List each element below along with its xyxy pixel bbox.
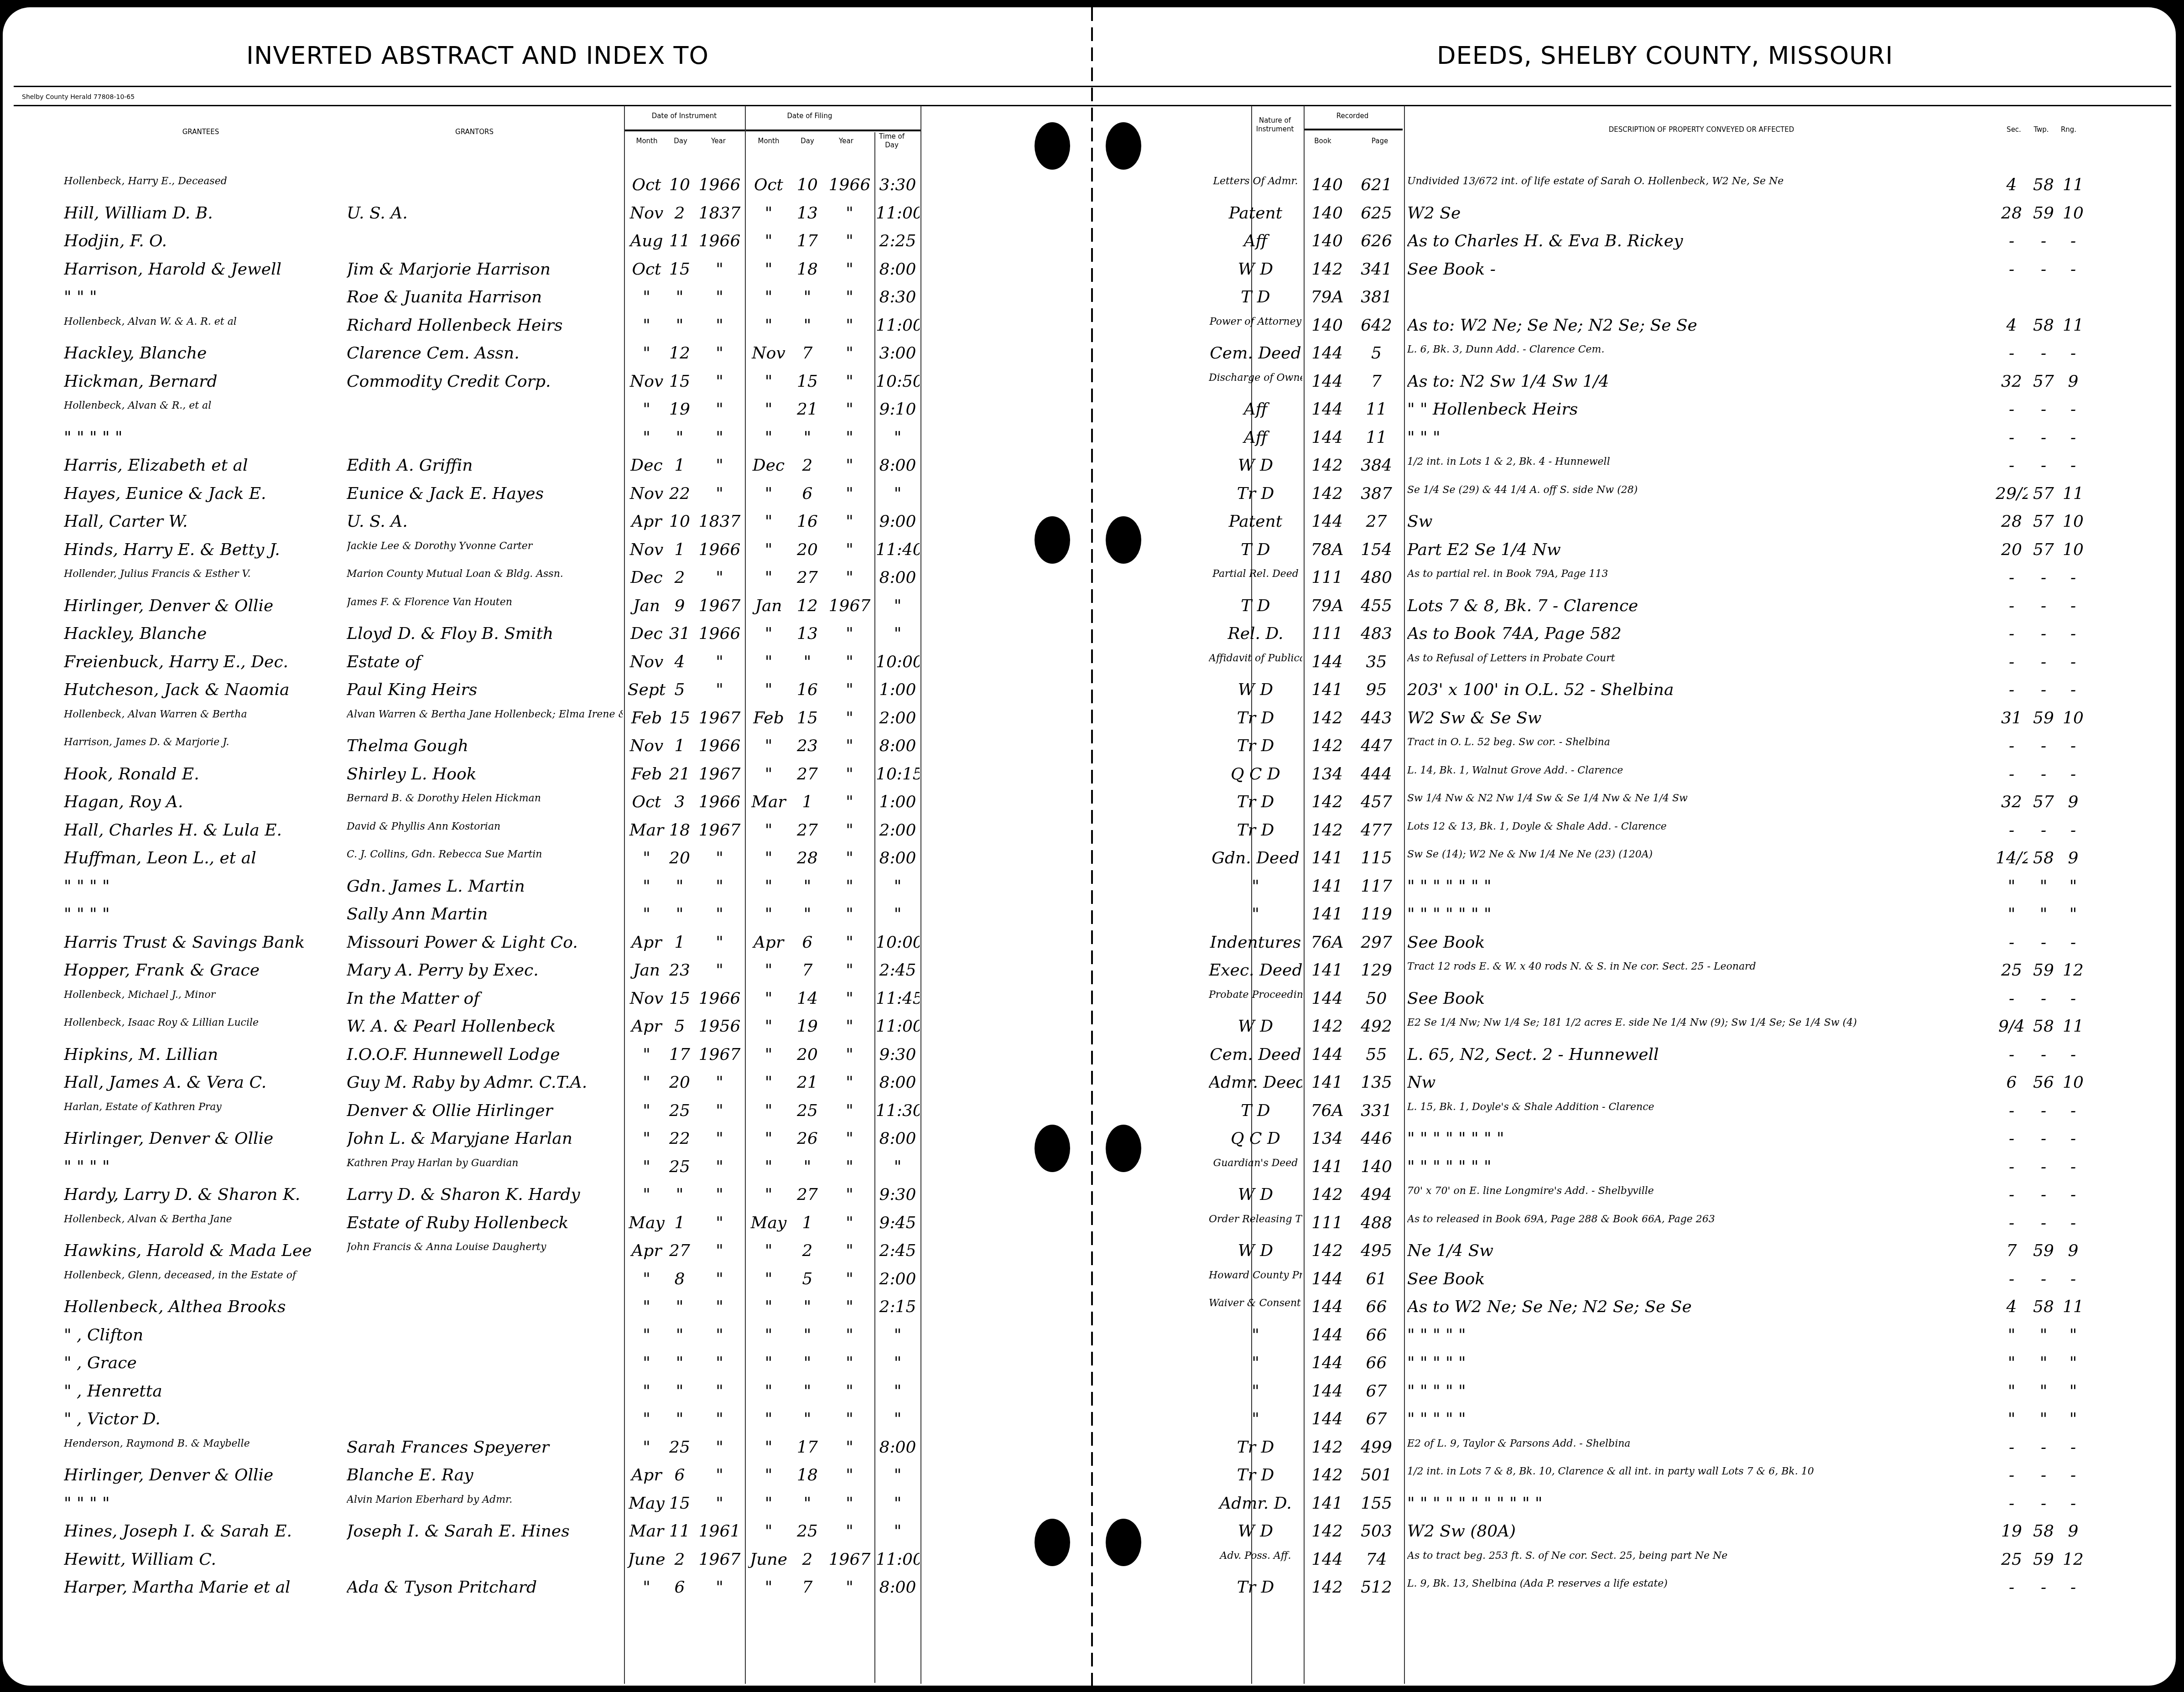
nature-of-instrument-cell: Partial Rel. Deed <box>1209 568 1302 580</box>
book-cell: 142 <box>1305 821 1349 840</box>
grantee-cell: Harper, Martha Marie et al <box>64 1578 338 1597</box>
grantee-cell: Hinds, Harry E. & Betty J. <box>64 540 338 559</box>
nature-of-instrument-cell: W D <box>1209 1522 1302 1541</box>
book-cell: 76A <box>1305 1101 1349 1120</box>
page-cell: 115 <box>1350 849 1403 867</box>
grantee-cell: Hollenbeck, Althea Brooks <box>64 1298 338 1316</box>
top-rule <box>14 86 2171 87</box>
book-cell: 142 <box>1305 1185 1349 1204</box>
grantor-cell: Richard Hollenbeck Heirs <box>347 316 623 335</box>
filing-year-cell: " <box>826 1522 874 1541</box>
rng-cell: - <box>2059 1101 2087 1120</box>
time-of-day-cell: " <box>876 1410 920 1428</box>
instrument-month-cell: " <box>627 1073 666 1092</box>
instrument-day-cell: 15 <box>666 1494 693 1513</box>
description-cell: " " " <box>1407 428 1996 447</box>
page-cell: 626 <box>1350 232 1403 250</box>
filing-year-cell: " <box>826 989 874 1008</box>
page-cell: 621 <box>1350 176 1403 194</box>
sec-cell: 6 <box>1996 1073 2028 1092</box>
instrument-day-cell: 5 <box>666 1017 693 1036</box>
instrument-day-cell: 12 <box>666 344 693 363</box>
grantor-cell: Mary A. Perry by Exec. <box>347 961 623 980</box>
time-of-day-cell: 2:15 <box>876 1298 920 1316</box>
instrument-month-cell: Oct <box>627 176 666 194</box>
description-cell: E2 Se 1/4 Nw; Nw 1/4 Se; 181 1/2 acres E… <box>1407 1017 1996 1028</box>
filing-year-cell: " <box>826 877 874 896</box>
instrument-year-cell: " <box>696 1494 744 1513</box>
sec-cell: 9/4 <box>1996 1017 2028 1036</box>
rng-cell: 10 <box>2059 512 2087 531</box>
grantee-cell: " " " " <box>64 877 338 896</box>
filing-day-cell: 6 <box>791 933 823 952</box>
sec-cell: " <box>1996 877 2028 896</box>
filing-year-cell: " <box>826 1438 874 1457</box>
nature-header: Nature of Instrument <box>1250 116 1300 134</box>
instrument-day-cell: " <box>666 1185 693 1204</box>
nature-of-instrument-cell: W D <box>1209 1185 1302 1204</box>
page-cell: 7 <box>1350 372 1403 391</box>
page-cell: 501 <box>1350 1466 1403 1484</box>
twp-cell: 59 <box>2030 709 2057 727</box>
description-cell: L. 15, Bk. 1, Doyle's & Shale Addition -… <box>1407 1101 1996 1113</box>
nature-of-instrument-cell: W D <box>1209 260 1302 279</box>
page-cell: 446 <box>1350 1129 1403 1148</box>
instrument-year-cell: " <box>696 877 744 896</box>
grantor-cell: U. S. A. <box>347 204 623 223</box>
filing-year-cell: " <box>826 288 874 306</box>
rng-header: Rng. <box>2057 125 2080 134</box>
binder-hole <box>1106 122 1141 170</box>
book-cell: 141 <box>1305 877 1349 896</box>
book-cell: 144 <box>1305 1270 1349 1288</box>
description-cell: Ne 1/4 Sw <box>1407 1241 1996 1260</box>
page-cell: 503 <box>1350 1522 1403 1541</box>
filing-month-cell: " <box>748 1438 789 1457</box>
filing-year-cell: " <box>826 624 874 643</box>
time-of-day-cell: " <box>876 1326 920 1344</box>
nature-of-instrument-cell: Letters Of Admr. <box>1209 176 1302 187</box>
instrument-month-cell: " <box>627 877 666 896</box>
page-cell: 443 <box>1350 709 1403 727</box>
filing-month-cell: " <box>748 288 789 306</box>
book-cell: 142 <box>1305 456 1349 475</box>
filing-year-cell: " <box>826 849 874 867</box>
instrument-month-cell: Oct <box>627 260 666 279</box>
filing-day-cell: 13 <box>791 624 823 643</box>
book-cell: 141 <box>1305 905 1349 924</box>
page-cell: 27 <box>1350 512 1403 531</box>
time-of-day-cell: " <box>876 484 920 503</box>
book-cell: 141 <box>1305 961 1349 980</box>
left-page-title: INVERTED ABSTRACT AND INDEX TO <box>246 41 709 70</box>
nature-of-instrument-cell: W D <box>1209 1241 1302 1260</box>
filing-month-cell: " <box>748 765 789 784</box>
instrument-day-cell: 5 <box>666 680 693 699</box>
filing-day-cell: 18 <box>791 260 823 279</box>
instrument-day-cell: 15 <box>666 989 693 1008</box>
twp-cell: 58 <box>2030 1017 2057 1036</box>
filing-day-cell: 21 <box>791 400 823 419</box>
book-cell: 142 <box>1305 737 1349 755</box>
filing-year-cell: " <box>826 905 874 924</box>
instrument-month-cell: " <box>627 288 666 306</box>
grantee-cell: " " " " " <box>64 428 338 447</box>
nature-of-instrument-cell: Tr D <box>1209 1466 1302 1484</box>
page-cell: 35 <box>1350 653 1403 671</box>
instrument-day-cell: " <box>666 1410 693 1428</box>
description-cell: 70' x 70' on E. line Longmire's Add. - S… <box>1407 1185 1996 1197</box>
rng-cell: - <box>2059 1185 2087 1204</box>
filing-day-cell: 27 <box>791 568 823 587</box>
grantor-cell: Larry D. & Sharon K. Hardy <box>347 1185 623 1204</box>
nature-of-instrument-cell: W D <box>1209 1017 1302 1036</box>
book-cell: 144 <box>1305 1550 1349 1569</box>
page-cell: 457 <box>1350 793 1403 811</box>
instrument-month-cell: Nov <box>627 989 666 1008</box>
page-cell: 95 <box>1350 680 1403 699</box>
grantor-cell: Roe & Juanita Harrison <box>347 288 623 306</box>
rng-cell: - <box>2059 1578 2087 1597</box>
page-cell: 66 <box>1350 1298 1403 1316</box>
instrument-month-cell: " <box>627 1157 666 1176</box>
description-cell: See Book <box>1407 933 1996 952</box>
filing-month-cell: Jan <box>748 597 789 615</box>
inst-month-header: Month <box>629 137 665 145</box>
instrument-day-cell: " <box>666 1298 693 1316</box>
instrument-year-cell: " <box>696 1157 744 1176</box>
rng-cell: 10 <box>2059 540 2087 559</box>
page-cell: 331 <box>1350 1101 1403 1120</box>
nature-of-instrument-cell: T D <box>1209 540 1302 559</box>
instrument-year-cell: " <box>696 372 744 391</box>
sec-cell: - <box>1996 1101 2028 1120</box>
filing-month-cell: " <box>748 1073 789 1092</box>
instrument-day-cell: " <box>666 1354 693 1372</box>
instrument-year-cell: " <box>696 1382 744 1401</box>
description-cell: As to tract beg. 253 ft. S. of Ne cor. S… <box>1407 1550 1996 1562</box>
filing-month-cell: " <box>748 961 789 980</box>
instrument-month-cell: Nov <box>627 653 666 671</box>
instrument-year-cell: " <box>696 1101 744 1120</box>
twp-cell: - <box>2030 737 2057 755</box>
nature-of-instrument-cell: Admr. Deed <box>1209 1073 1302 1092</box>
filing-day-cell: " <box>791 653 823 671</box>
filing-day-cell: 26 <box>791 1129 823 1148</box>
twp-cell: 59 <box>2030 1241 2057 1260</box>
filing-month-cell: " <box>748 1466 789 1484</box>
filing-day-cell: 16 <box>791 680 823 699</box>
book-header: Book <box>1305 137 1341 145</box>
filing-month-cell: " <box>748 877 789 896</box>
page-cell: 155 <box>1350 1494 1403 1513</box>
date-of-instrument-header: Date of Instrument <box>625 112 744 120</box>
book-cell: 111 <box>1305 568 1349 587</box>
description-cell: L. 14, Bk. 1, Walnut Grove Add. - Claren… <box>1407 765 1996 776</box>
book-cell: 142 <box>1305 1466 1349 1484</box>
filing-day-cell: 25 <box>791 1101 823 1120</box>
rng-cell: " <box>2059 1410 2087 1428</box>
filing-month-cell: " <box>748 484 789 503</box>
rng-cell: - <box>2059 344 2087 363</box>
filing-month-cell: " <box>748 680 789 699</box>
rng-cell: 11 <box>2059 176 2087 194</box>
book-cell: 140 <box>1305 232 1349 250</box>
description-cell: As to released in Book 69A, Page 288 & B… <box>1407 1214 1996 1225</box>
filing-month-cell: " <box>748 821 789 840</box>
book-cell: 78A <box>1305 540 1349 559</box>
filing-day-cell: " <box>791 877 823 896</box>
sec-cell: 32 <box>1996 372 2028 391</box>
filing-day-cell: 13 <box>791 204 823 223</box>
filing-year-cell: " <box>826 765 874 784</box>
rng-cell: 10 <box>2059 204 2087 223</box>
nature-of-instrument-cell: Howard County Probate Proceedings <box>1209 1270 1302 1281</box>
filing-year-cell: " <box>826 933 874 952</box>
sec-cell: - <box>1996 400 2028 419</box>
instrument-day-cell: 19 <box>666 400 693 419</box>
sec-cell: " <box>1996 1354 2028 1372</box>
nature-of-instrument-cell: W D <box>1209 680 1302 699</box>
sec-cell: - <box>1996 737 2028 755</box>
description-cell: Sw Se (14); W2 Ne & Nw 1/4 Ne Ne (23) (1… <box>1407 849 1996 860</box>
instrument-year-cell: " <box>696 316 744 335</box>
filing-day-cell: " <box>791 428 823 447</box>
date-of-filing-header: Date of Filing <box>748 112 871 120</box>
instrument-year-cell: 1966 <box>696 624 744 643</box>
nature-of-instrument-cell: Probate Proceedings <box>1209 989 1302 1001</box>
page-cell: 140 <box>1350 1157 1403 1176</box>
rng-cell: " <box>2059 905 2087 924</box>
grantee-cell: Harris, Elizabeth et al <box>64 456 338 475</box>
time-of-day-cell: " <box>876 1354 920 1372</box>
header-rule <box>14 105 2171 106</box>
time-of-day-cell: 8:00 <box>876 456 920 475</box>
filing-month-cell: June <box>748 1550 789 1569</box>
book-cell: 140 <box>1305 316 1349 335</box>
grantee-cell: Hall, Carter W. <box>64 512 338 531</box>
twp-cell: 58 <box>2030 176 2057 194</box>
rng-cell: 9 <box>2059 372 2087 391</box>
twp-cell: - <box>2030 1270 2057 1288</box>
page-cell: 61 <box>1350 1270 1403 1288</box>
filing-month-cell: " <box>748 1045 789 1064</box>
time-of-day-cell: 8:00 <box>876 568 920 587</box>
grantor-cell: Blanche E. Ray <box>347 1466 623 1484</box>
filing-month-cell: Mar <box>748 793 789 811</box>
filing-day-cell: " <box>791 1382 823 1401</box>
filing-month-cell: " <box>748 1129 789 1148</box>
filing-month-cell: " <box>748 1494 789 1513</box>
filing-year-cell: " <box>826 316 874 335</box>
book-cell: 142 <box>1305 484 1349 503</box>
twp-cell: 59 <box>2030 1550 2057 1569</box>
sec-cell: - <box>1996 1494 2028 1513</box>
book-cell: 142 <box>1305 1241 1349 1260</box>
page-cell: 477 <box>1350 821 1403 840</box>
filing-day-cell: " <box>791 905 823 924</box>
book-cell: 142 <box>1305 1438 1349 1457</box>
page-cell: 119 <box>1350 905 1403 924</box>
time-of-day-cell: 2:45 <box>876 1241 920 1260</box>
instrument-month-cell: " <box>627 1578 666 1597</box>
filing-year-cell: " <box>826 260 874 279</box>
nature-of-instrument-cell: T D <box>1209 597 1302 615</box>
instrument-year-cell: " <box>696 653 744 671</box>
filing-day-cell: " <box>791 1410 823 1428</box>
instrument-day-cell: 17 <box>666 1045 693 1064</box>
page-cell: 5 <box>1350 344 1403 363</box>
grantor-cell: Guy M. Raby by Admr. C.T.A. <box>347 1073 623 1092</box>
time-of-day-cell: 10:50 <box>876 372 920 391</box>
instrument-day-cell: " <box>666 1326 693 1344</box>
instrument-day-cell: 10 <box>666 512 693 531</box>
instrument-day-cell: 1 <box>666 540 693 559</box>
grantee-cell: Harrison, James D. & Marjorie J. <box>64 737 338 748</box>
instrument-year-cell: " <box>696 428 744 447</box>
grantor-cell: Gdn. James L. Martin <box>347 877 623 896</box>
filing-year-cell: 1966 <box>826 176 874 194</box>
instrument-day-cell: 25 <box>666 1438 693 1457</box>
filing-month-cell: " <box>748 400 789 419</box>
instrument-month-cell: May <box>627 1214 666 1232</box>
rng-cell: - <box>2059 765 2087 784</box>
sec-cell: - <box>1996 260 2028 279</box>
grantee-cell: " " " " <box>64 1494 338 1513</box>
grantee-cell: Hipkins, M. Lillian <box>64 1045 338 1064</box>
twp-cell: - <box>2030 989 2057 1008</box>
instrument-year-cell: " <box>696 568 744 587</box>
grantee-cell: Hackley, Blanche <box>64 624 338 643</box>
filing-year-cell: " <box>826 1382 874 1401</box>
instrument-year-cell: " <box>696 344 744 363</box>
description-cell: W2 Se <box>1407 204 1996 223</box>
description-cell: " " " " " " " " " " " <box>1407 1494 1996 1513</box>
rng-cell: - <box>2059 933 2087 952</box>
grantor-cell: Alvan Warren & Bertha Jane Hollenbeck; E… <box>347 709 623 720</box>
page-cell: 297 <box>1350 933 1403 952</box>
rng-cell: - <box>2059 428 2087 447</box>
time-of-day-cell: " <box>876 1157 920 1176</box>
sec-cell: - <box>1996 232 2028 250</box>
filing-year-cell: " <box>826 1466 874 1484</box>
filing-year-cell: " <box>826 1354 874 1372</box>
rng-cell: 9 <box>2059 1241 2087 1260</box>
time-of-day-cell: 2:00 <box>876 821 920 840</box>
filing-month-cell: " <box>748 1270 789 1288</box>
nature-of-instrument-cell: Waiver & Consent to Sell R.E. <box>1209 1298 1302 1309</box>
grantor-cell: In the Matter of <box>347 989 623 1008</box>
filing-day-cell: 17 <box>791 1438 823 1457</box>
filing-month-cell: " <box>748 540 789 559</box>
instrument-day-cell: " <box>666 428 693 447</box>
instrument-month-cell: Dec <box>627 568 666 587</box>
instrument-year-cell: " <box>696 1241 744 1260</box>
instrument-year-cell: " <box>696 1578 744 1597</box>
grantor-cell: Kathren Pray Harlan by Guardian <box>347 1157 623 1169</box>
description-cell: As to: W2 Ne; Se Ne; N2 Se; Se Se <box>1407 316 1996 335</box>
rng-cell: - <box>2059 989 2087 1008</box>
rng-cell: - <box>2059 737 2087 755</box>
twp-cell: - <box>2030 1129 2057 1148</box>
inst-day-header: Day <box>667 137 694 145</box>
rng-cell: 11 <box>2059 1298 2087 1316</box>
instrument-year-cell: 1837 <box>696 512 744 531</box>
grantor-cell: Estate of Ruby Hollenbeck <box>347 1214 623 1232</box>
instrument-day-cell: 27 <box>666 1241 693 1260</box>
filing-month-cell: Nov <box>748 344 789 363</box>
twp-cell: 59 <box>2030 204 2057 223</box>
instrument-month-cell: " <box>627 1045 666 1064</box>
instrument-day-cell: 4 <box>666 653 693 671</box>
filing-year-cell: " <box>826 1494 874 1513</box>
sec-header: Sec. <box>2002 125 2025 134</box>
nature-of-instrument-cell: T D <box>1209 288 1302 306</box>
time-of-day-cell: 8:00 <box>876 1129 920 1148</box>
filing-day-cell: 28 <box>791 849 823 867</box>
rng-cell: " <box>2059 1382 2087 1401</box>
sec-cell: 7 <box>1996 1241 2028 1260</box>
description-cell: See Book - <box>1407 260 1996 279</box>
description-cell: W2 Sw & Se Sw <box>1407 709 1996 727</box>
sec-cell: - <box>1996 597 2028 615</box>
rng-cell: 11 <box>2059 1017 2087 1036</box>
grantee-cell: Hirlinger, Denver & Ollie <box>64 597 338 615</box>
nature-of-instrument-cell: " <box>1209 1326 1302 1344</box>
sec-cell: 28 <box>1996 204 2028 223</box>
time-of-day-cell: " <box>876 877 920 896</box>
sec-cell: - <box>1996 568 2028 587</box>
instrument-year-cell: " <box>696 1298 744 1316</box>
grantee-cell: Harrison, Harold & Jewell <box>64 260 338 279</box>
filing-day-cell: 7 <box>791 344 823 363</box>
time-of-day-cell: 11:30 <box>876 1101 920 1120</box>
filing-year-cell: " <box>826 1241 874 1260</box>
description-cell: Undivided 13/672 int. of life estate of … <box>1407 176 1996 187</box>
instrument-month-cell: May <box>627 1494 666 1513</box>
nature-of-instrument-cell: W D <box>1209 456 1302 475</box>
instrument-year-cell: " <box>696 484 744 503</box>
sec-cell: 4 <box>1996 1298 2028 1316</box>
book-cell: 144 <box>1305 989 1349 1008</box>
instrument-day-cell: 1 <box>666 456 693 475</box>
time-of-day-cell: " <box>876 1382 920 1401</box>
rng-cell: - <box>2059 1214 2087 1232</box>
filing-day-cell: " <box>791 1354 823 1372</box>
grantors-header: GRANTORS <box>447 128 502 136</box>
filing-month-cell: " <box>748 1298 789 1316</box>
instrument-year-cell: 1966 <box>696 232 744 250</box>
description-cell: Lots 12 & 13, Bk. 1, Doyle & Shale Add. … <box>1407 821 1996 832</box>
filing-year-cell: " <box>826 680 874 699</box>
description-cell: " " " " " " " " <box>1407 1129 1996 1148</box>
sec-cell: - <box>1996 680 2028 699</box>
grantee-cell: Hickman, Bernard <box>64 372 338 391</box>
nature-of-instrument-cell: Tr D <box>1209 793 1302 811</box>
twp-cell: " <box>2030 1326 2057 1344</box>
rng-cell: - <box>2059 1466 2087 1484</box>
book-cell: 144 <box>1305 400 1349 419</box>
instrument-month-cell: " <box>627 344 666 363</box>
instrument-year-cell: 1961 <box>696 1522 744 1541</box>
grantee-cell: Hook, Ronald E. <box>64 765 338 784</box>
instrument-year-cell: " <box>696 400 744 419</box>
filing-day-cell: " <box>791 1494 823 1513</box>
description-cell: Tract 12 rods E. & W. x 40 rods N. & S. … <box>1407 961 1996 972</box>
filing-day-cell: 19 <box>791 1017 823 1036</box>
grantor-cell: Denver & Ollie Hirlinger <box>347 1101 623 1120</box>
twp-cell: - <box>2030 1214 2057 1232</box>
